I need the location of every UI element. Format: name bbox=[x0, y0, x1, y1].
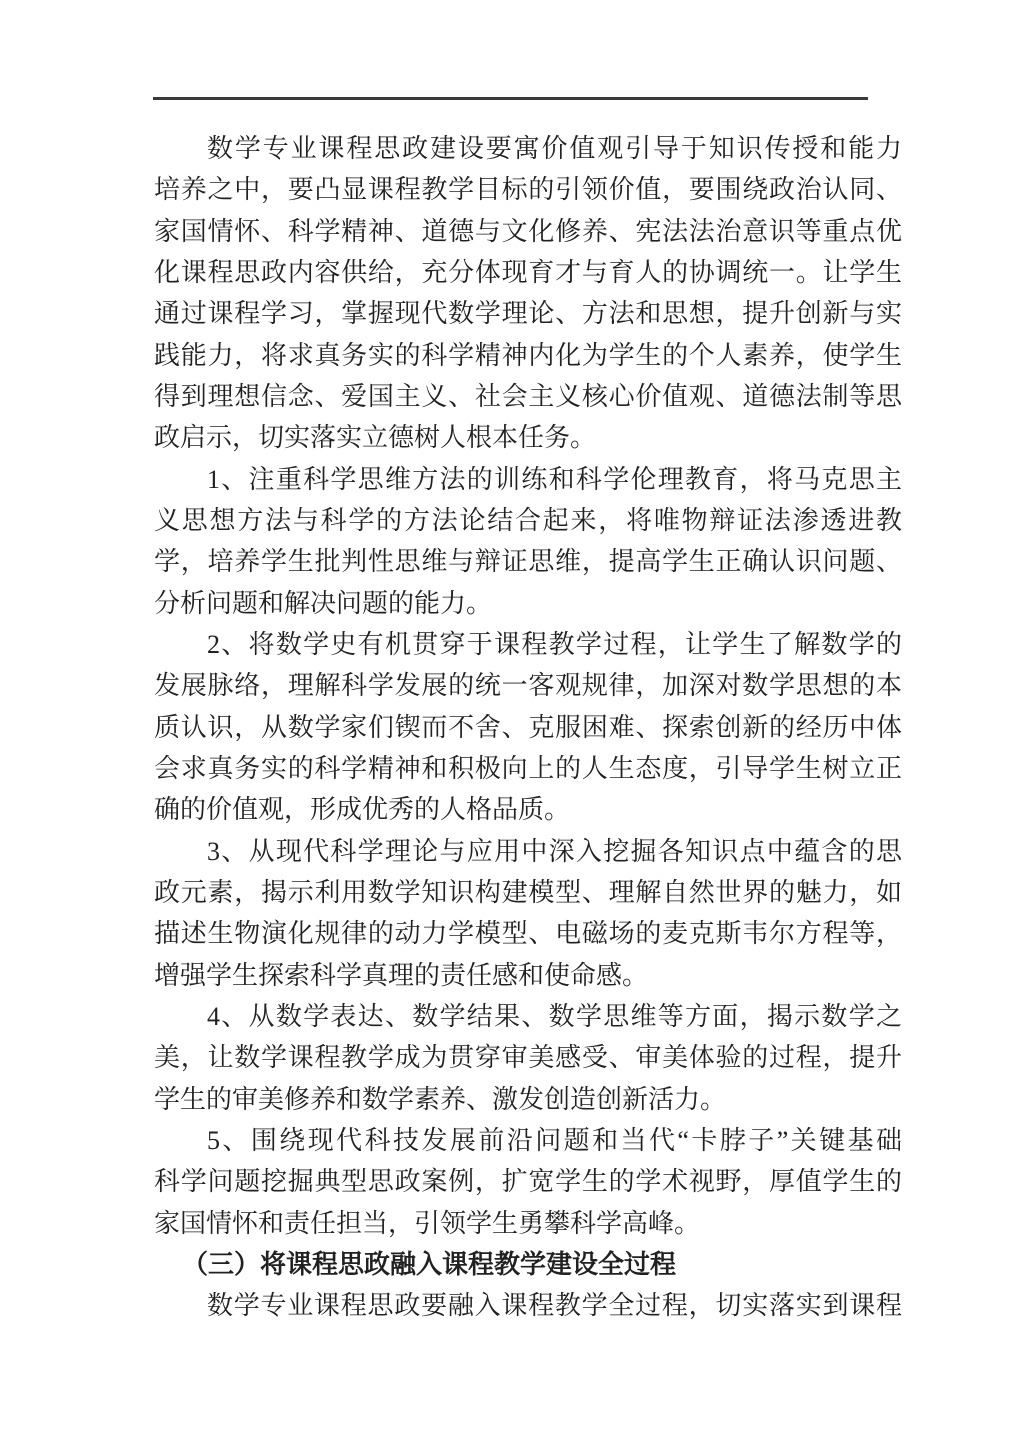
paragraph-line: 1、注重科学思维方法的训练和科学伦理教育，将马克思主 bbox=[154, 459, 902, 500]
paragraph-line: 发展脉络，理解科学发展的统一客观规律，加深对数学思想的本 bbox=[154, 665, 902, 706]
paragraph-line: 学生的审美修养和数学素养、激发创造创新活力。 bbox=[154, 1079, 902, 1120]
section-heading: （三）将课程思政融入课程教学建设全过程 bbox=[154, 1244, 902, 1285]
paragraph: 5、围绕现代科技发展前沿问题和当代“卡脖子”关键基础 科学问题挖掘典型思政案例，… bbox=[154, 1120, 902, 1244]
paragraph-line: 政元素，揭示利用数学知识构建模型、理解自然世界的魅力，如 bbox=[154, 872, 902, 913]
paragraph-line: 通过课程学习，掌握现代数学理论、方法和思想，提升创新与实 bbox=[154, 293, 902, 334]
paragraph-line: 会求真务实的科学精神和积极向上的人生态度，引导学生树立正 bbox=[154, 748, 902, 789]
paragraph: 数学专业课程思政要融入课程教学全过程，切实落实到课程 bbox=[154, 1285, 902, 1326]
paragraph: 2、将数学史有机贯穿于课程教学过程，让学生了解数学的 发展脉络，理解科学发展的统… bbox=[154, 624, 902, 831]
paragraph: 3、从现代科学理论与应用中深入挖掘各知识点中蕴含的思 政元素，揭示利用数学知识构… bbox=[154, 831, 902, 996]
paragraph: （三）将课程思政融入课程教学建设全过程 bbox=[154, 1244, 902, 1285]
document-page: 数学专业课程思政建设要寓价值观引导于知识传授和能力 培养之中，要凸显课程教学目标… bbox=[0, 0, 1024, 1448]
paragraph-line: 数学专业课程思政要融入课程教学全过程，切实落实到课程 bbox=[154, 1285, 902, 1326]
paragraph-line: 2、将数学史有机贯穿于课程教学过程，让学生了解数学的 bbox=[154, 624, 902, 665]
header-rule bbox=[153, 97, 868, 100]
paragraph-line: 培养之中，要凸显课程教学目标的引领价值，要围绕政治认同、 bbox=[154, 169, 902, 210]
paragraph-line: 家国情怀、科学精神、道德与文化修养、宪法法治意识等重点优 bbox=[154, 211, 902, 252]
paragraph: 数学专业课程思政建设要寓价值观引导于知识传授和能力 培养之中，要凸显课程教学目标… bbox=[154, 128, 902, 459]
paragraph-line: 描述生物演化规律的动力学模型、电磁场的麦克斯韦尔方程等， bbox=[154, 913, 902, 954]
paragraph-line: 增强学生探索科学真理的责任感和使命感。 bbox=[154, 955, 902, 996]
paragraph-line: 数学专业课程思政建设要寓价值观引导于知识传授和能力 bbox=[154, 128, 902, 169]
paragraph-line: 化课程思政内容供给，充分体现育才与育人的协调统一。让学生 bbox=[154, 252, 902, 293]
paragraph-line: 美，让数学课程教学成为贯穿审美感受、审美体验的过程，提升 bbox=[154, 1037, 902, 1078]
paragraph-line: 义思想方法与科学的方法论结合起来，将唯物辩证法渗透进教 bbox=[154, 500, 902, 541]
paragraph-line: 质认识，从数学家们锲而不舍、克服困难、探索创新的经历中体 bbox=[154, 707, 902, 748]
paragraph-line: 分析问题和解决问题的能力。 bbox=[154, 583, 902, 624]
paragraph-line: 科学问题挖掘典型思政案例，扩宽学生的学术视野，厚值学生的 bbox=[154, 1161, 902, 1202]
document-body: 数学专业课程思政建设要寓价值观引导于知识传授和能力 培养之中，要凸显课程教学目标… bbox=[154, 128, 902, 1327]
paragraph-line: 4、从数学表达、数学结果、数学思维等方面，揭示数学之 bbox=[154, 996, 902, 1037]
paragraph-line: 得到理想信念、爱国主义、社会主义核心价值观、道德法制等思 bbox=[154, 376, 902, 417]
paragraph-line: 家国情怀和责任担当，引领学生勇攀科学高峰。 bbox=[154, 1203, 902, 1244]
paragraph-line: 政启示，切实落实立德树人根本任务。 bbox=[154, 417, 902, 458]
paragraph: 1、注重科学思维方法的训练和科学伦理教育，将马克思主 义思想方法与科学的方法论结… bbox=[154, 459, 902, 624]
paragraph-line: 5、围绕现代科技发展前沿问题和当代“卡脖子”关键基础 bbox=[154, 1120, 902, 1161]
paragraph-line: 确的价值观，形成优秀的人格品质。 bbox=[154, 789, 902, 830]
paragraph: 4、从数学表达、数学结果、数学思维等方面，揭示数学之 美，让数学课程教学成为贯穿… bbox=[154, 996, 902, 1120]
paragraph-line: 3、从现代科学理论与应用中深入挖掘各知识点中蕴含的思 bbox=[154, 831, 902, 872]
paragraph-line: 践能力，将求真务实的科学精神内化为学生的个人素养，使学生 bbox=[154, 335, 902, 376]
paragraph-line: 学，培养学生批判性思维与辩证思维，提高学生正确认识问题、 bbox=[154, 541, 902, 582]
